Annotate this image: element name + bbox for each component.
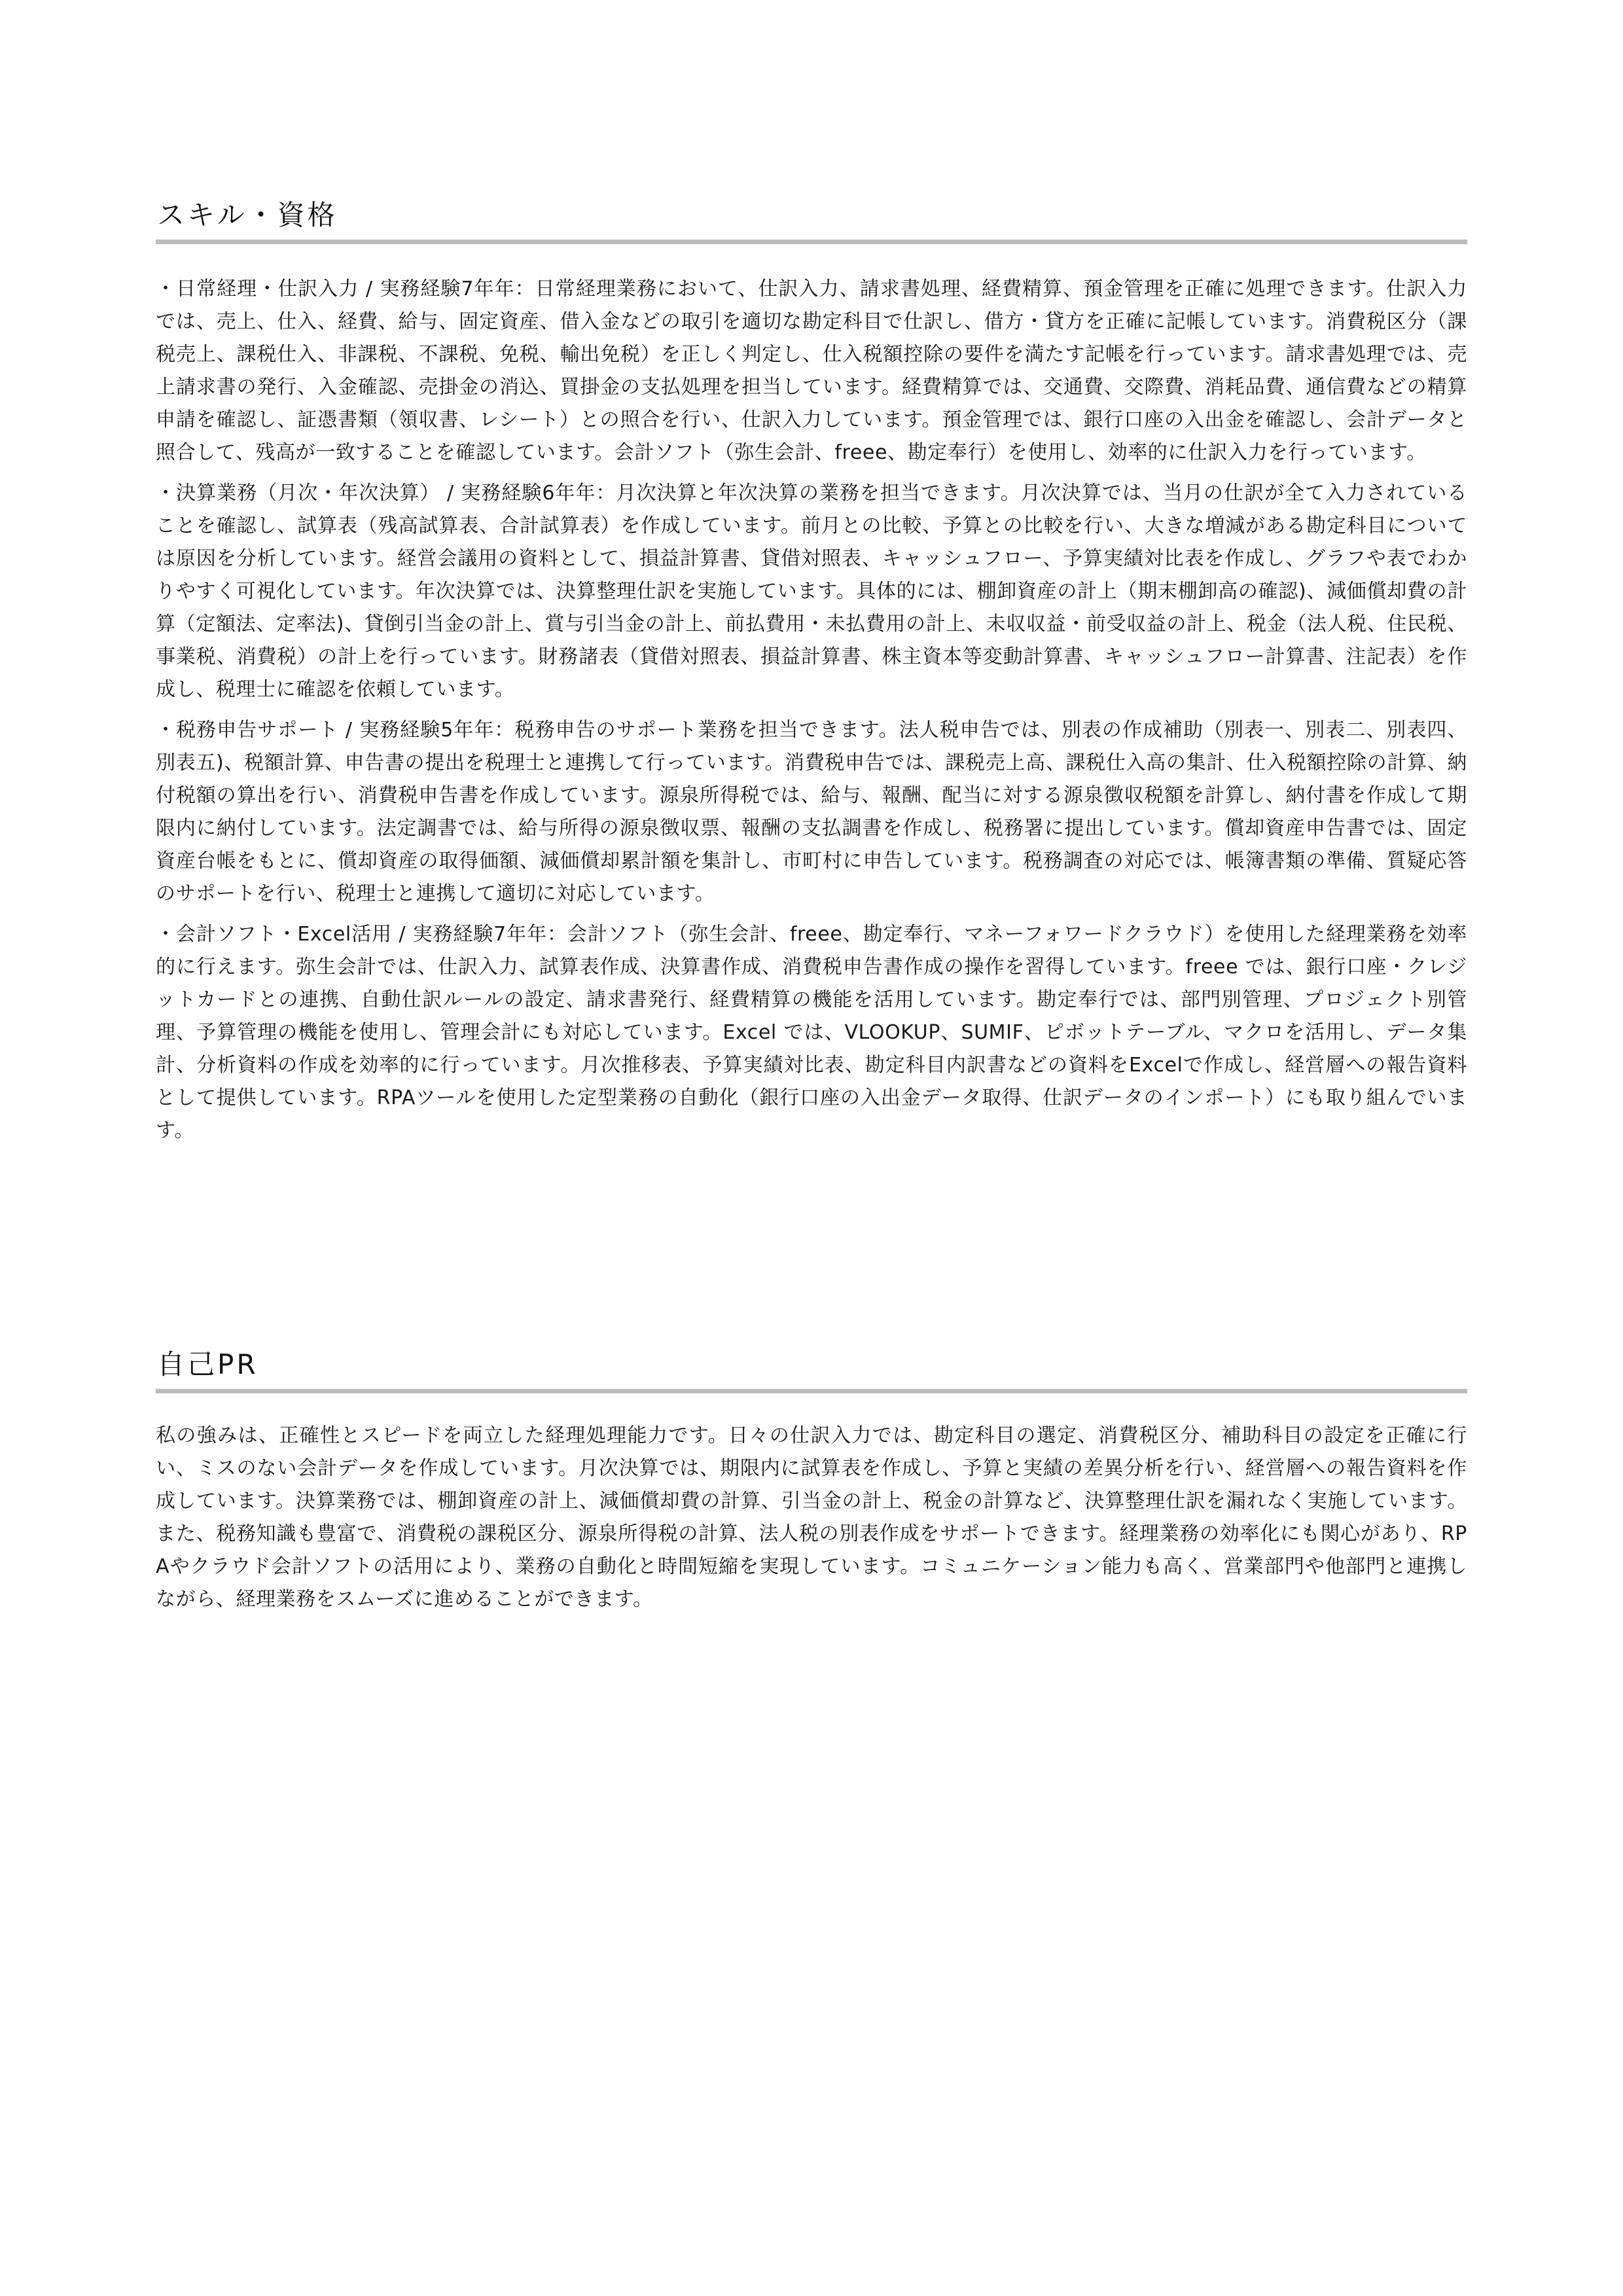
skills-list: ・日常経理・仕訳入力 / 実務経験7年年：日常経理業務において、仕訳入力、請求書… xyxy=(156,273,1467,1147)
section-divider xyxy=(156,240,1467,244)
section-heading-self-pr: 自己PR xyxy=(156,1348,1467,1381)
self-pr-text: 私の強みは、正確性とスピードを両立した経理処理能力です。日々の仕訳入力では、勘定… xyxy=(156,1420,1467,1616)
self-pr-body: 私の強みは、正確性とスピードを両立した経理処理能力です。日々の仕訳入力では、勘定… xyxy=(156,1420,1467,1616)
section-divider xyxy=(156,1389,1467,1393)
section-heading-skills: スキル・資格 xyxy=(156,199,1467,232)
skill-item-daily-accounting: ・日常経理・仕訳入力 / 実務経験7年年：日常経理業務において、仕訳入力、請求書… xyxy=(156,273,1467,469)
skill-item-software-excel: ・会計ソフト・Excel活用 / 実務経験7年年：会計ソフト（弥生会計、free… xyxy=(156,918,1467,1147)
skill-item-tax-filing: ・税務申告サポート / 実務経験5年年：税務申告のサポート業務を担当できます。法… xyxy=(156,714,1467,910)
self-pr-section: 自己PR 私の強みは、正確性とスピードを両立した経理処理能力です。日々の仕訳入力… xyxy=(156,1348,1467,1624)
skill-item-closing: ・決算業務（月次・年次決算） / 実務経験6年年：月次決算と年次決算の業務を担当… xyxy=(156,477,1467,706)
skills-section: スキル・資格 ・日常経理・仕訳入力 / 実務経験7年年：日常経理業務において、仕… xyxy=(156,199,1467,1155)
